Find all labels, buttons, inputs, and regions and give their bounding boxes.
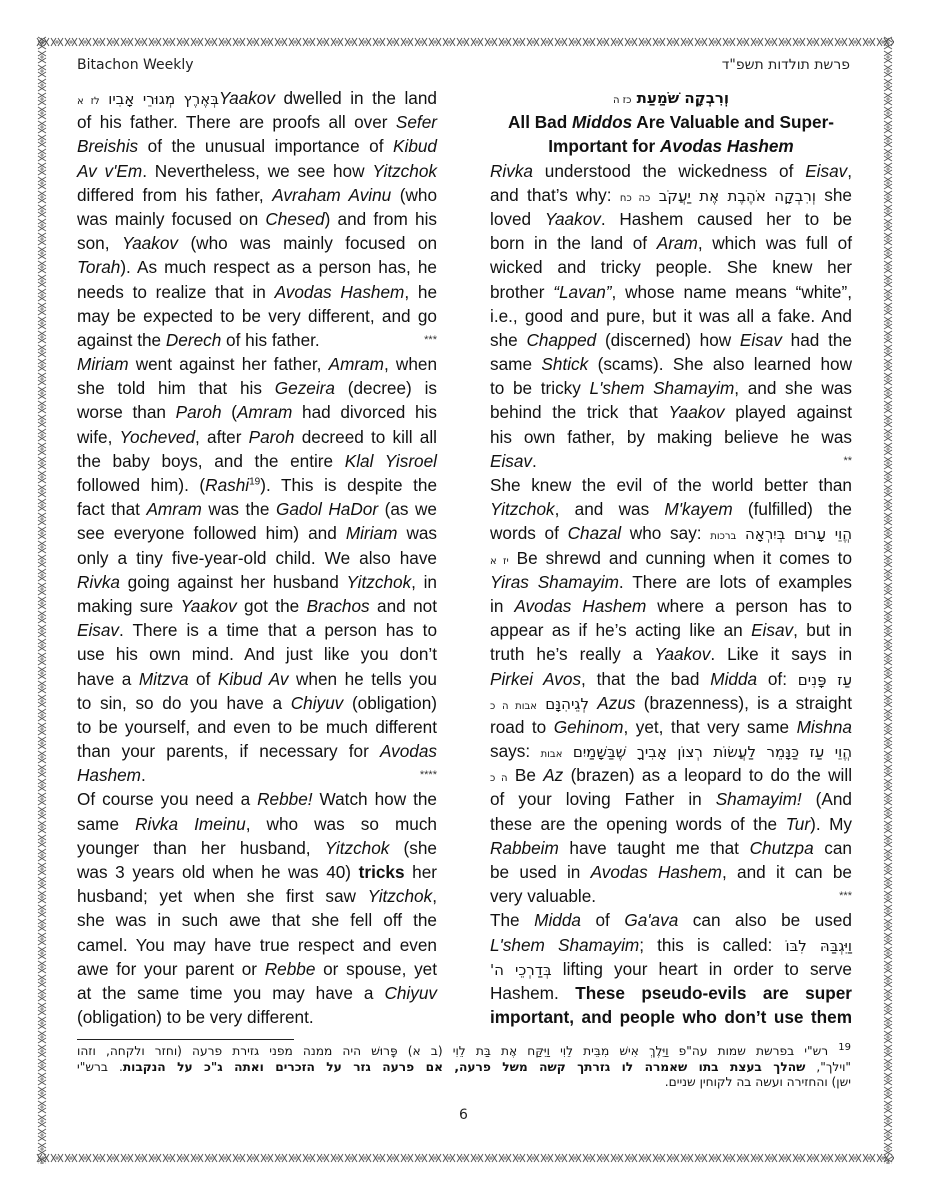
text-line: behind the trick that Yaakov played agai… [490, 400, 852, 424]
section-break-stars: *** [424, 328, 437, 352]
text-line: these are the opening words of the Tur).… [490, 812, 852, 836]
text-line: appear as if he’s acting like an Eisav, … [490, 618, 852, 642]
text-line: camel. You may have true respect and eve… [77, 933, 437, 957]
hebrew-title-text: וְרִבְקָה שֹׁמַעַת [637, 89, 729, 107]
text-line: Torah). As much respect as a person has,… [77, 255, 437, 279]
text-line: was 3 years old when he was 40) tricks h… [77, 860, 437, 884]
page-border-bottom [36, 1152, 894, 1164]
text-line: Yitzchok, and was M'kayem (fulfilled) th… [490, 497, 852, 521]
text-line: Rivka going against her husband Yitzchok… [77, 570, 437, 594]
text-line: בְּדַרְכֵי ה' lifting your heart in orde… [490, 957, 852, 981]
text-line: son, Yaakov (who was mainly focused on [77, 231, 437, 255]
text-line: awe for your parent or Rebbe or spouse, … [77, 957, 437, 981]
text-line: L'shem Shamayim; this is called: וַיִּגְ… [490, 933, 852, 957]
text-line: than your parents, if necessary for Avod… [77, 739, 437, 763]
text-line: the baby boys, and the entire Klal Yisro… [77, 449, 437, 473]
text-line: brother “Lavan”, whose name means “white… [490, 280, 852, 304]
section-break-stars: **** [420, 763, 437, 787]
hebrew-title-source: כז ה [613, 95, 631, 106]
line-text: Eisav. [490, 449, 537, 473]
text-line: The Midda of Ga'ava can also be used [490, 908, 852, 932]
text-line: says: אבות הֱוֵי עַז כַּנָּמֵר לַעֲשׂוֹת… [490, 739, 852, 763]
text-line: words of Chazal who say: ברכות הֱוֵי עָר… [490, 521, 852, 545]
left-column: לז א בְּאֶרֶץ מְגוּרֵי אָבִיוYaakov dwel… [77, 86, 437, 1029]
line-text: Hashem. [77, 763, 146, 787]
text-line: loved Yaakov. Hashem caused her to be [490, 207, 852, 231]
text-line: have a Mitzva of Kibud Av when he tells … [77, 667, 437, 691]
text-line: at the same time you may have a Chiyuv [77, 981, 437, 1005]
text-line: Breishis of the unusual importance of Ki… [77, 134, 437, 158]
text-line: Of course you need a Rebbe! Watch how th… [77, 787, 437, 811]
section-break-stars: ** [843, 449, 852, 473]
text-line: his own father, by making believe he was [490, 425, 852, 449]
text-line: making sure Yaakov got the Brachos and n… [77, 594, 437, 618]
text-line: road to Gehinom, yet, that very same Mis… [490, 715, 852, 739]
text-line: against the Derech of his father.*** [77, 328, 437, 352]
text-line: truth he’s really a Yaakov. Like it says… [490, 642, 852, 666]
footnote-line: "וילך", שהלך בעצת בתו שאמרה לו גזרתך קשה… [77, 1060, 851, 1076]
text-line: same Rivka Imeinu, who was so much [77, 812, 437, 836]
text-line: of your loving Father in Shamayim! (And [490, 787, 852, 811]
right-column: וְרִבְקָה שֹׁמַעַת כז ה All Bad Middos A… [490, 86, 852, 1029]
text-line: ה כ Be Az (brazen) as a leopard to do th… [490, 763, 852, 787]
text-line: she Chapped (discerned) how Eisav had th… [490, 328, 852, 352]
article-hebrew-title: וְרִבְקָה שֹׁמַעַת כז ה [490, 86, 852, 110]
text-line: younger than her husband, Yitzchok (she [77, 836, 437, 860]
text-line: Miriam went against her father, Amram, w… [77, 352, 437, 376]
text-line: she was in such awe that she fell off th… [77, 908, 437, 932]
page-number: 6 [0, 1107, 927, 1123]
text-line: be used in Avodas Hashem, and it can be [490, 860, 852, 884]
text-line: (obligation) to be very different. [77, 1005, 437, 1029]
text-line: i.e., good and pure, but it was all a fa… [490, 304, 852, 328]
text-line: very valuable.*** [490, 884, 852, 908]
text-line: and that’s why: כה כח וְרִבְקָה אֹהֶבֶת … [490, 183, 852, 207]
text-line: needs to realize that in Avodas Hashem, … [77, 280, 437, 304]
text-line: she told him that his Gezeira (decree) i… [77, 376, 437, 400]
right-column-body: Rivka understood the wickedness of Eisav… [490, 159, 852, 1030]
text-line: wicked and tricky people. She knew her [490, 255, 852, 279]
text-line: may be expected to be very different, an… [77, 304, 437, 328]
text-line: wife, Yocheved, after Paroh decreed to k… [77, 425, 437, 449]
line-text: very valuable. [490, 884, 596, 908]
text-line: Rabbeim have taught me that Chutzpa can [490, 836, 852, 860]
text-line: followed him). (Rashi19). This is despit… [77, 473, 437, 497]
text-line: in Avodas Hashem where a person has to [490, 594, 852, 618]
page-border-left [36, 36, 48, 1164]
publication-title: Bitachon Weekly [77, 57, 194, 73]
line-text: against the Derech of his father. [77, 328, 320, 352]
footnote-line: ישן) והחזירה ועשה בה לקוחין שניים. [77, 1075, 851, 1091]
text-line: to be yourself, and even to be much diff… [77, 715, 437, 739]
text-line: see everyone followed him) and Miriam wa… [77, 521, 437, 545]
footnote-separator [77, 1039, 294, 1040]
text-line: was mainly focused on Chesed) and from h… [77, 207, 437, 231]
text-line: only a tiny five-year-old child. We also… [77, 546, 437, 570]
text-line: born in the land of Aram, which was full… [490, 231, 852, 255]
text-line: important, and people who don’t use them [490, 1005, 852, 1029]
page-border-top [36, 36, 894, 48]
text-line: to sin, so do you have a Chiyuv (obligat… [77, 691, 437, 715]
page-border-right [882, 36, 894, 1164]
text-line: worse than Paroh (Amram had divorced his [77, 400, 437, 424]
text-line: to be tricky L'shem Shamayim, and she wa… [490, 376, 852, 400]
text-line: Hashem.**** [77, 763, 437, 787]
section-break-stars: *** [839, 884, 852, 908]
text-line: Eisav.** [490, 449, 852, 473]
text-line: יז א Be shrewd and cunning when it comes… [490, 546, 852, 570]
article-title-line-2: Important for Avodas Hashem [490, 134, 852, 158]
text-line: Hashem. These pseudo-evils are super [490, 981, 852, 1005]
text-line: same Shtick (scams). She also learned ho… [490, 352, 852, 376]
text-line: differed from his father, Avraham Avinu … [77, 183, 437, 207]
text-line: of his father. There are proofs all over… [77, 110, 437, 134]
text-line: husband; yet when she first saw Yitzchok… [77, 884, 437, 908]
text-line: אבות ה כ לְגֵיהִנָּם Azus (brazenness), … [490, 691, 852, 715]
text-line: Pirkei Avos, that the bad Midda of: עַז … [490, 667, 852, 691]
text-line: Eisav. There is a time that a person has… [77, 618, 437, 642]
article-title-line-1: All Bad Middos Are Valuable and Super- [490, 110, 852, 134]
text-line: She knew the evil of the world better th… [490, 473, 852, 497]
text-line: Yiras Shamayim. There are lots of exampl… [490, 570, 852, 594]
text-line: fact that Amram was the Gadol HaDor (as … [77, 497, 437, 521]
text-line: Av v'Em. Nevertheless, we see how Yitzch… [77, 159, 437, 183]
text-line: לז א בְּאֶרֶץ מְגוּרֵי אָבִיוYaakov dwel… [77, 86, 437, 110]
footnote-line: 19 רש"י בפרשת שמות עה"פ וַיֵּלֶךְ אִישׁ … [77, 1044, 851, 1060]
text-line: use his own mind. And just like you don’… [77, 642, 437, 666]
parsha-header: פרשת תולדות תשפ"ד [722, 57, 850, 73]
text-line: Rivka understood the wickedness of Eisav… [490, 159, 852, 183]
footnote-19: 19 רש"י בפרשת שמות עה"פ וַיֵּלֶךְ אִישׁ … [77, 1044, 851, 1091]
